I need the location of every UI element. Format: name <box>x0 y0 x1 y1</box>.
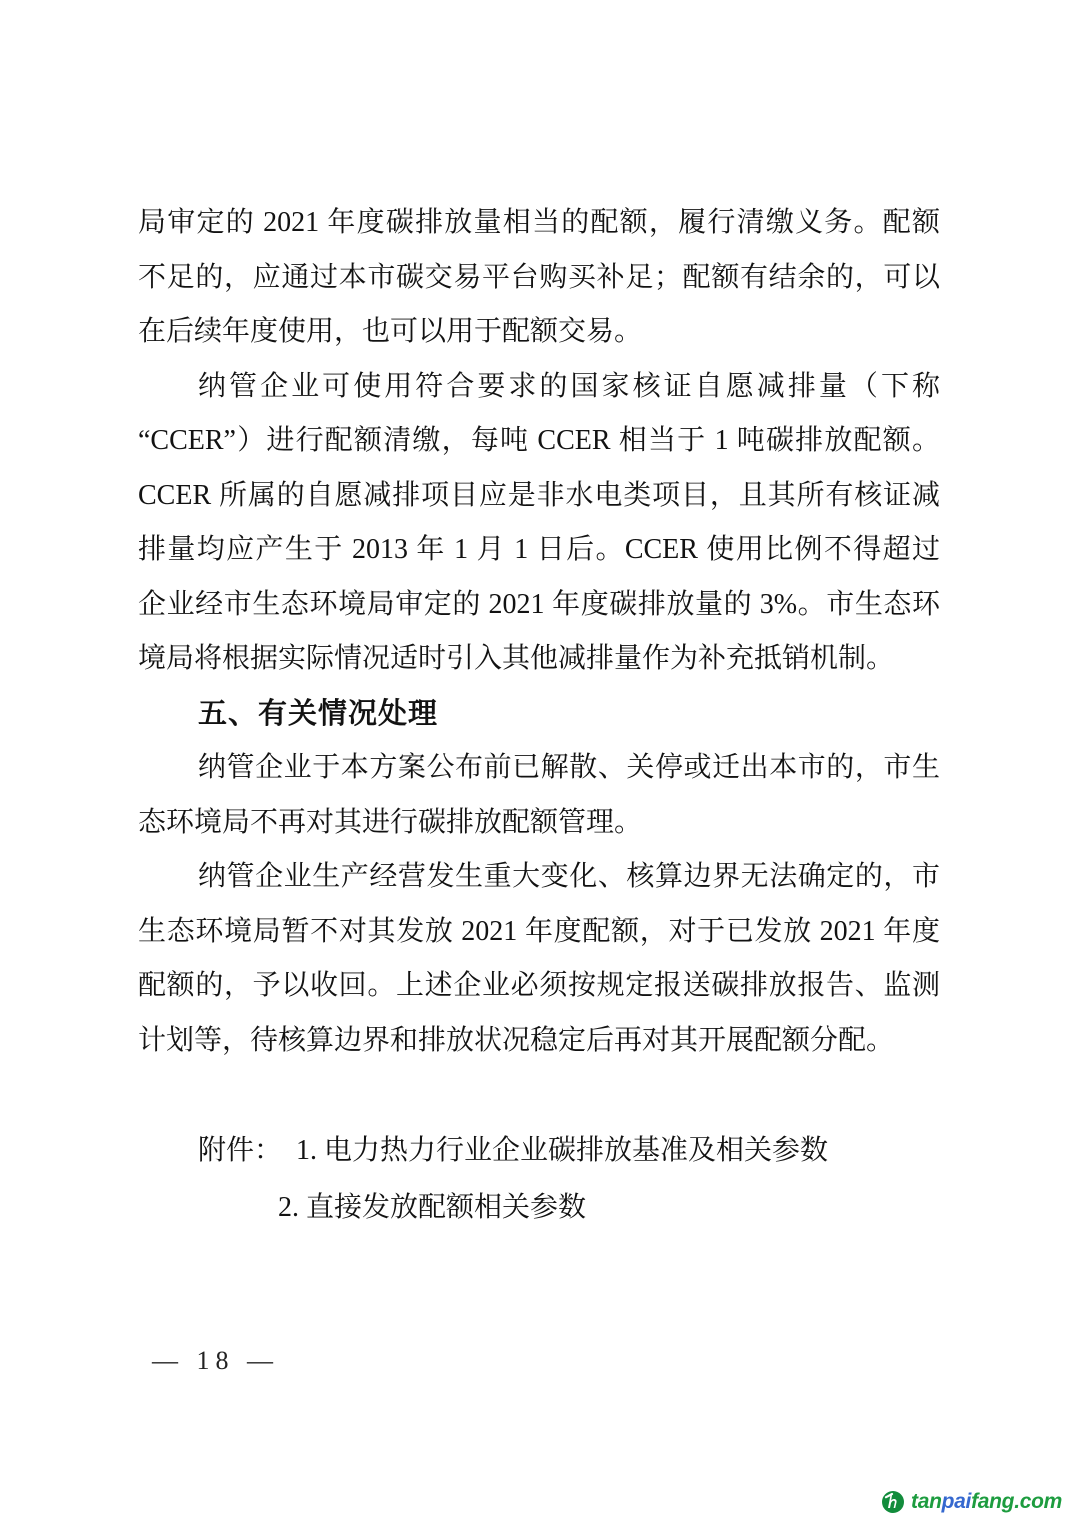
document-line: 局审定的 2021 年度碳排放量相当的配额，履行清缴义务。配额 <box>138 196 940 251</box>
attachment-item: 2. 直接发放配额相关参数 <box>278 1192 586 1223</box>
document-line: “CCER”）进行配额清缴，每吨 CCER 相当于 1 吨碳排放配额。 <box>138 414 940 469</box>
watermark: tanpaifang.com <box>881 1490 1062 1514</box>
document-page: 局审定的 2021 年度碳排放量相当的配额，履行清缴义务。配额 不足的，应通过本… <box>0 0 1080 1527</box>
document-line: 不足的，应通过本市碳交易平台购买补足；配额有结余的，可以 <box>138 251 940 306</box>
watermark-part: fang.com <box>971 1490 1062 1513</box>
attachment-line: 2. 直接发放配额相关参数 <box>198 1179 958 1236</box>
document-line: 在后续年度使用，也可以用于配额交易。 <box>138 305 940 360</box>
document-line: 企业经市生态环境局审定的 2021 年度碳排放量的 3%。市生态环 <box>138 578 940 633</box>
page-number: — 18 — <box>152 1346 279 1376</box>
document-line: CCER 所属的自愿减排项目应是非水电类项目，且其所有核证减 <box>138 469 940 524</box>
attachments-block: 附件：1. 电力热力行业企业碳排放基准及相关参数 2. 直接发放配额相关参数 <box>198 1122 958 1236</box>
document-line: 排量均应产生于 2013 年 1 月 1 日后。CCER 使用比例不得超过 <box>138 523 940 578</box>
document-line: 纳管企业生产经营发生重大变化、核算边界无法确定的，市 <box>138 850 940 905</box>
document-line: 计划等，待核算边界和排放状况稳定后再对其开展配额分配。 <box>138 1014 940 1069</box>
document-line: 纳管企业于本方案公布前已解散、关停或迁出本市的，市生 <box>138 741 940 796</box>
tanpaifang-logo-icon <box>881 1490 905 1514</box>
watermark-text: tanpaifang.com <box>911 1490 1062 1514</box>
document-line: 配额的，予以收回。上述企业必须按规定报送碳排放报告、监测 <box>138 959 940 1014</box>
watermark-part: tan <box>911 1490 942 1513</box>
attachment-item: 1. 电力热力行业企业碳排放基准及相关参数 <box>296 1135 828 1166</box>
section-heading: 五、有关情况处理 <box>138 687 940 742</box>
document-line: 态环境局不再对其进行碳排放配额管理。 <box>138 796 940 851</box>
document-line: 生态环境局暂不对其发放 2021 年度配额，对于已发放 2021 年度 <box>138 905 940 960</box>
document-body: 局审定的 2021 年度碳排放量相当的配额，履行清缴义务。配额 不足的，应通过本… <box>138 196 940 1068</box>
watermark-part: pai <box>942 1490 971 1513</box>
attachments-label: 附件： <box>198 1135 282 1166</box>
attachment-line: 附件：1. 电力热力行业企业碳排放基准及相关参数 <box>198 1122 958 1179</box>
document-line: 纳管企业可使用符合要求的国家核证自愿减排量（下称 <box>138 360 940 415</box>
document-line: 境局将根据实际情况适时引入其他减排量作为补充抵销机制。 <box>138 632 940 687</box>
